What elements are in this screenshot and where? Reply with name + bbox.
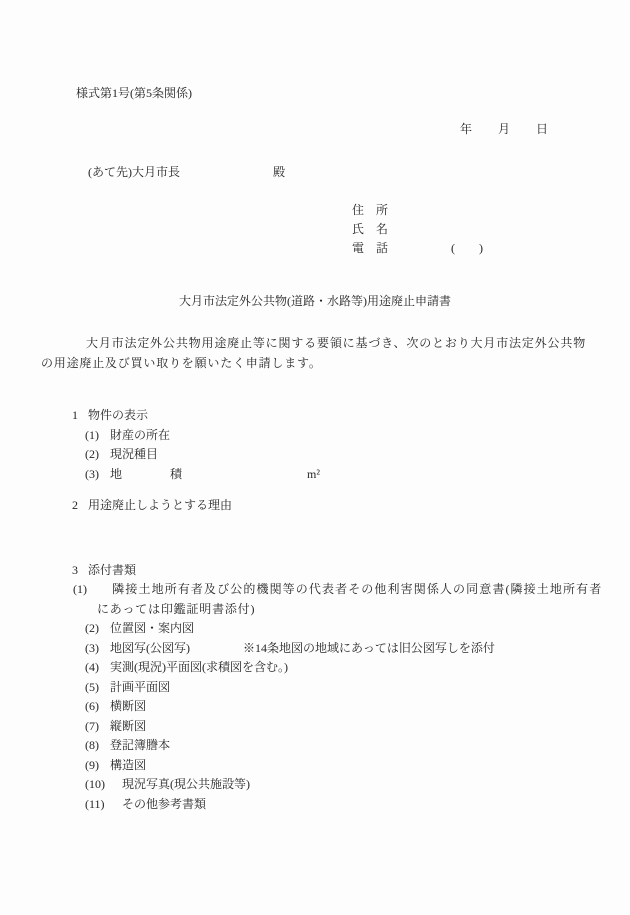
item-note: ※14条地図の地域にあっては旧公図写しを添付 — [243, 641, 495, 655]
item-label: 地図写(公図写) — [110, 641, 190, 655]
document-title: 大月市法定外公共物(道路・水路等)用途廃止申請書 — [0, 294, 630, 308]
item-label: 現況種目 — [110, 447, 158, 461]
item-label: 計画平面図 — [110, 680, 170, 694]
list-item: (6)横断図 — [85, 697, 630, 717]
phone-row: 電 話( ) — [352, 239, 630, 258]
section-2-number: 2 — [72, 496, 88, 516]
section-3-items: (1)隣接土地所有者及び公的機関等の代表者その他利害関係人の同意書(隣接土地所有… — [85, 580, 630, 814]
item-marker: (3) — [85, 639, 110, 659]
section-reason: 2用途廃止しようとする理由 — [72, 496, 630, 516]
area-unit-label: m² — [307, 467, 320, 481]
list-item: (3)地図写(公図写)※14条地図の地域にあっては旧公図写しを添付 — [85, 639, 630, 659]
item-label: 実測(現況)平面図(求積図を含む。) — [110, 660, 288, 674]
form-number: 様式第1号(第5条関係) — [76, 86, 630, 100]
section-3-number: 3 — [72, 561, 88, 581]
section-1-number: 1 — [72, 406, 88, 426]
application-form-page: 様式第1号(第5条関係) 年 月 日 (あて先)大月市長殿 住 所 氏 名 電 … — [0, 0, 630, 915]
list-item: (2)位置図・案内図 — [85, 619, 630, 639]
list-item: (3)地 積m² — [85, 465, 630, 485]
section-1-items: (1)財産の所在 (2)現況種目 (3)地 積m² — [85, 426, 630, 485]
item-label: 隣接土地所有者及び公的機関等の代表者その他利害関係人の同意書(隣接土地所有者にあ… — [97, 582, 602, 616]
list-item: (1)隣接土地所有者及び公的機関等の代表者その他利害関係人の同意書(隣接土地所有… — [85, 580, 602, 619]
list-item: (11)その他参考書類 — [85, 795, 630, 815]
phone-parens: ( ) — [451, 241, 483, 255]
section-1-title: 物件の表示 — [88, 408, 148, 422]
section-property-display: 1物件の表示 (1)財産の所在 (2)現況種目 (3)地 積m² — [72, 406, 630, 484]
item-label: 横断図 — [110, 699, 146, 713]
item-label: その他参考書類 — [122, 797, 206, 811]
list-item: (1)財産の所在 — [85, 426, 630, 446]
list-item: (4)実測(現況)平面図(求積図を含む。) — [85, 658, 630, 678]
section-2-heading: 2用途廃止しようとする理由 — [72, 496, 630, 516]
list-item: (2)現況種目 — [85, 445, 630, 465]
item-marker: (3) — [85, 465, 110, 485]
item-label: 現況写真(現公共施設等) — [122, 777, 250, 791]
list-item: (10)現況写真(現公共施設等) — [85, 775, 630, 795]
date-line: 年 月 日 — [0, 122, 630, 136]
item-marker: (6) — [85, 697, 110, 717]
list-item: (9)構造図 — [85, 756, 630, 776]
section-1-heading: 1物件の表示 — [72, 406, 630, 426]
section-attachments: 3添付書類 (1)隣接土地所有者及び公的機関等の代表者その他利害関係人の同意書(… — [72, 561, 630, 815]
applicant-contact-block: 住 所 氏 名 電 話( ) — [352, 201, 630, 258]
body-paragraph: 大月市法定外公共物用途廃止等に関する要領に基づき、次のとおり大月市法定外公共物の… — [41, 333, 586, 373]
section-3-heading: 3添付書類 — [72, 561, 630, 581]
name-label: 氏 名 — [352, 222, 388, 236]
day-label: 日 — [536, 122, 548, 136]
item-marker: (8) — [85, 736, 110, 756]
year-label: 年 — [460, 122, 472, 136]
item-marker: (5) — [85, 678, 110, 698]
item-marker: (7) — [85, 717, 110, 737]
month-label: 月 — [498, 122, 510, 136]
item-label: 構造図 — [110, 758, 146, 772]
list-item: (8)登記簿謄本 — [85, 736, 630, 756]
item-label: 縦断図 — [110, 719, 146, 733]
name-row: 氏 名 — [352, 220, 630, 239]
item-marker: (10) — [85, 775, 122, 795]
item-marker: (2) — [85, 445, 110, 465]
item-marker: (11) — [85, 795, 122, 815]
item-label: 地 積 — [110, 467, 182, 481]
item-marker: (9) — [85, 756, 110, 776]
section-2-title: 用途廃止しようとする理由 — [88, 498, 232, 512]
item-marker: (4) — [85, 658, 110, 678]
address-label: 住 所 — [352, 203, 388, 217]
item-label: 登記簿謄本 — [110, 738, 170, 752]
phone-label: 電 話 — [352, 241, 388, 255]
item-label: 位置図・案内図 — [110, 621, 194, 635]
list-item: (7)縦断図 — [85, 717, 630, 737]
address-row: 住 所 — [352, 201, 630, 220]
item-marker: (1) — [85, 426, 110, 446]
honorific-label: 殿 — [273, 165, 285, 179]
list-item: (5)計画平面図 — [85, 678, 630, 698]
addressee-line: (あて先)大月市長殿 — [88, 165, 630, 179]
item-marker: (2) — [85, 619, 110, 639]
item-marker: (1) — [85, 580, 112, 600]
addressee-label: (あて先)大月市長 — [88, 165, 180, 179]
section-3-title: 添付書類 — [88, 563, 136, 577]
item-label: 財産の所在 — [110, 428, 170, 442]
